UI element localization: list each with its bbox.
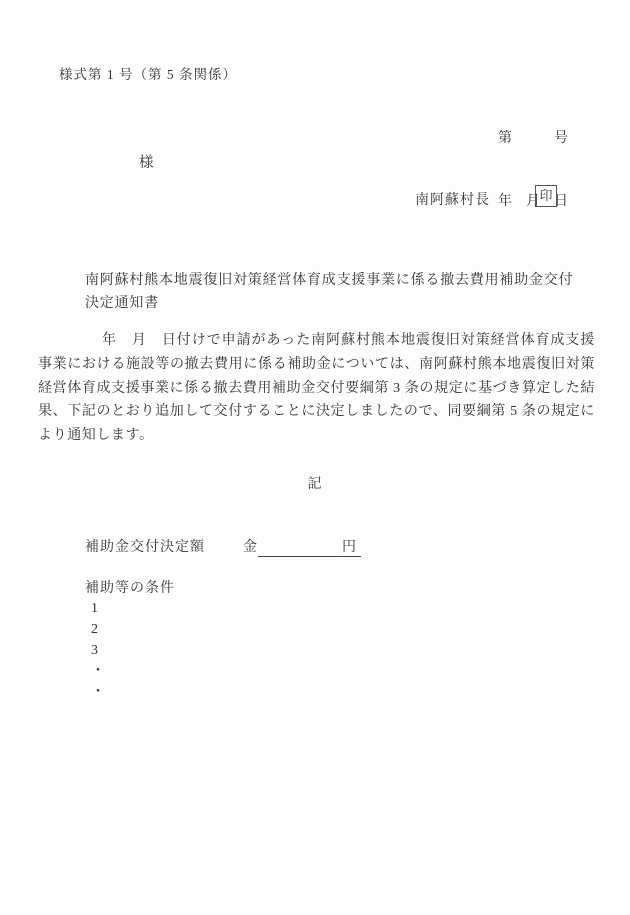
sender-title: 南阿蘇村長 (415, 189, 490, 209)
condition-item: 3 (91, 640, 105, 661)
date-line: 年 月 日 (498, 191, 568, 212)
amount-prefix: 金 (243, 540, 258, 555)
document-number-line: 第 号 (498, 128, 568, 149)
ki-marker: 記 (0, 473, 630, 493)
body-paragraph: 年 月 日付けで申請があった南阿蘇村熊本地震復旧対策経営体育成支援事業における施… (38, 329, 595, 448)
document-title-line2: 決定通知書 (85, 292, 573, 315)
amount-suffix: 円 (342, 540, 357, 555)
form-number-label: 様式第 1 号（第 5 条関係） (59, 63, 237, 83)
addressee-honorific: 様 (139, 151, 154, 172)
grant-amount-row: 補助金交付決定額金円 (85, 536, 361, 557)
condition-item: ・ (91, 661, 105, 682)
condition-item: 1 (91, 598, 105, 619)
conditions-label: 補助等の条件 (85, 577, 175, 597)
document-title: 南阿蘇村熊本地震復旧対策経営体育成支援事業に係る撤去費用補助金交付 決定通知書 (85, 269, 573, 315)
document-title-line1: 南阿蘇村熊本地震復旧対策経営体育成支援事業に係る撤去費用補助金交付 (85, 269, 573, 292)
amount-underline: 円 (258, 536, 361, 557)
document-number-block: 第 号 年 月 日 (498, 86, 568, 254)
condition-item: ・ (91, 682, 105, 703)
conditions-list: 1 2 3 ・ ・ (91, 598, 105, 703)
grant-amount-label: 補助金交付決定額 (85, 540, 205, 555)
document-page: 様式第 1 号（第 5 条関係） 第 号 年 月 日 様 南阿蘇村長 印 南阿蘇… (0, 0, 630, 915)
seal-box: 印 (535, 185, 557, 207)
condition-item: 2 (91, 619, 105, 640)
